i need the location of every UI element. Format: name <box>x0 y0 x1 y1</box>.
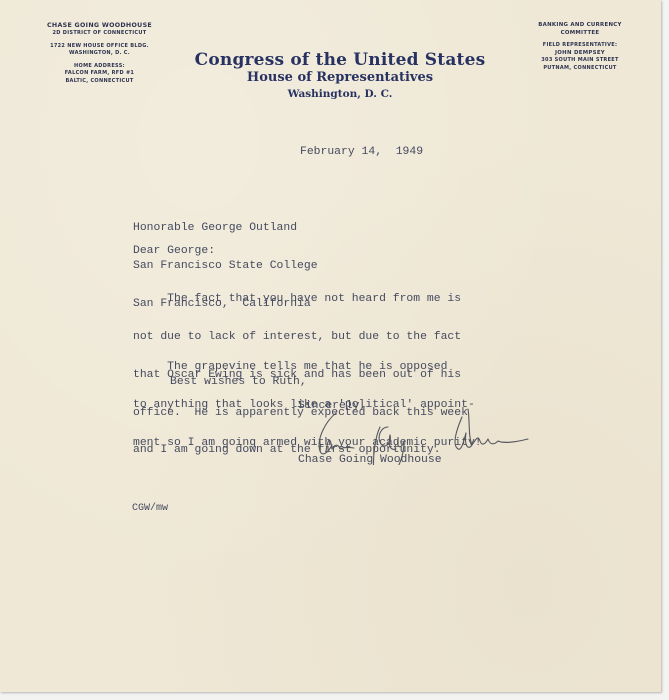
body-line: The grapevine tells me that he is oppose… <box>133 361 482 374</box>
committee-line1: BANKING AND CURRENCY <box>505 22 655 30</box>
location-title: Washington, D. C. <box>180 87 500 101</box>
salutation: Dear George: <box>133 245 215 258</box>
congress-title: Congress of the United States <box>180 50 500 70</box>
home-address-line1: FALCON FARM, RFD #1 <box>22 70 177 78</box>
field-rep-label: FIELD REPRESENTATIVE: <box>505 42 655 50</box>
home-address-label: HOME ADDRESS: <box>22 63 177 71</box>
signer-name: Chase Going Woodhouse <box>298 454 442 467</box>
member-city: WASHINGTON, D. C. <box>22 50 177 58</box>
letterhead-committee-info: BANKING AND CURRENCY COMMITTEE FIELD REP… <box>505 22 655 72</box>
member-name: CHASE GOING WOODHOUSE <box>22 22 177 30</box>
letterhead-member-info: CHASE GOING WOODHOUSE 2D DISTRICT OF CON… <box>22 22 177 85</box>
closing-wish: Best wishes to Ruth, <box>170 376 307 389</box>
reference-initials: CGW/mw <box>132 503 168 516</box>
committee-line2: COMMITTEE <box>505 30 655 38</box>
letter-page: CHASE GOING WOODHOUSE 2D DISTRICT OF CON… <box>0 0 661 692</box>
member-district: 2D DISTRICT OF CONNECTICUT <box>22 30 177 38</box>
field-rep-name: JOHN DEMPSEY <box>505 50 655 58</box>
recipient-line: Honorable George Outland <box>133 222 318 235</box>
member-office: 1722 NEW HOUSE OFFICE BLDG. <box>22 43 177 51</box>
body-line: The fact that you have not heard from me… <box>133 293 468 306</box>
home-address-line2: BALTIC, CONNECTICUT <box>22 78 177 86</box>
letter-date: February 14, 1949 <box>300 146 423 159</box>
house-title: House of Representatives <box>180 70 500 86</box>
letterhead-title: Congress of the United States House of R… <box>180 50 500 101</box>
field-rep-city: PUTNAM, CONNECTICUT <box>505 65 655 73</box>
field-rep-street: 303 SOUTH MAIN STREET <box>505 57 655 65</box>
